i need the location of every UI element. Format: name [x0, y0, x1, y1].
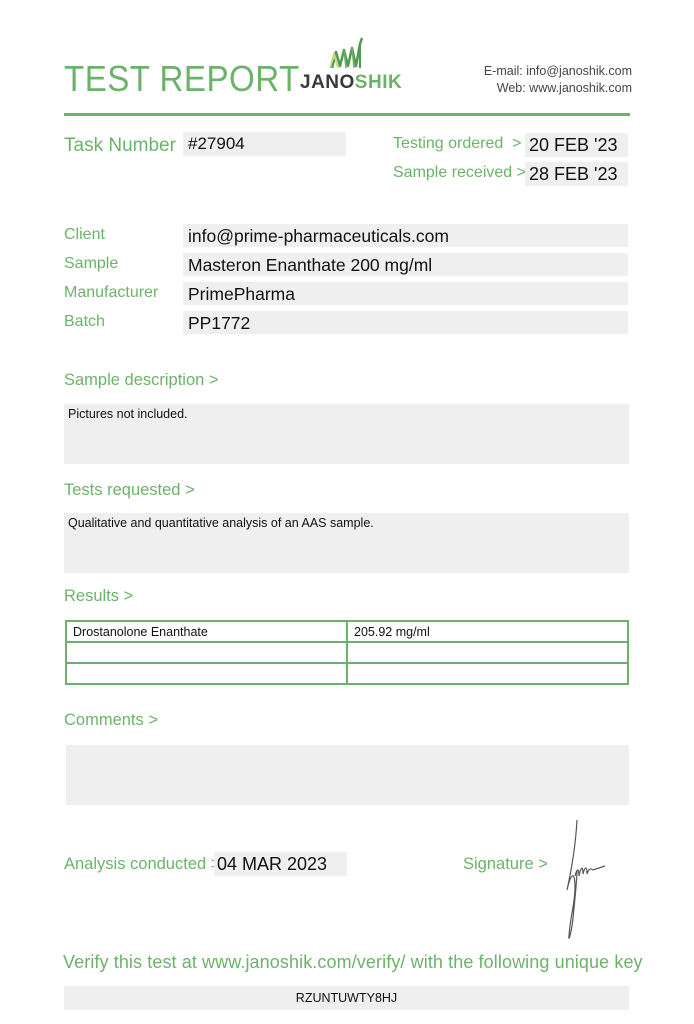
signature-label: Signature > — [463, 855, 548, 874]
batch-label: Batch — [64, 313, 105, 331]
contact-info: E-mail: info@janoshik.com Web: www.janos… — [484, 63, 632, 97]
table-row: Drostanolone Enanthate 205.92 mg/ml — [66, 621, 628, 642]
results-label: Results > — [64, 587, 133, 606]
sample-label: Sample — [64, 255, 118, 273]
sample-received-value: 28 FEB '23 — [525, 162, 628, 186]
results-amount: 205.92 mg/ml — [347, 621, 628, 642]
logo-text-light: SHIK — [355, 72, 402, 93]
sample-description-label: Sample description > — [64, 371, 219, 390]
tests-requested-label: Tests requested > — [64, 481, 195, 500]
info-row-batch: Batch PP1772 — [64, 311, 630, 335]
comments-label: Comments > — [64, 711, 158, 730]
analysis-conducted-value: 04 MAR 2023 — [214, 852, 347, 876]
janoshik-logo: JANOSHIK — [300, 36, 400, 96]
batch-value: PP1772 — [183, 311, 628, 334]
logo-wordmark: JANOSHIK — [300, 72, 402, 94]
sample-value: Masteron Enanthate 200 mg/ml — [183, 253, 628, 276]
results-compound: Drostanolone Enanthate — [66, 621, 347, 642]
info-row-client: Client info@prime-pharmaceuticals.com — [64, 224, 630, 248]
table-row — [66, 663, 628, 684]
report-title: TEST REPORT — [64, 58, 300, 100]
verification-key[interactable]: RZUNTUWTY8HJ — [64, 986, 629, 1010]
task-number-label: Task Number — [64, 135, 176, 157]
results-table: Drostanolone Enanthate 205.92 mg/ml — [65, 620, 629, 685]
comments-box — [66, 745, 629, 805]
results-compound — [66, 663, 347, 684]
tests-requested-box: Qualitative and quantitative analysis of… — [64, 513, 629, 573]
logo-text-dark: JANO — [300, 72, 355, 93]
testing-ordered-value: 20 FEB '23 — [525, 133, 628, 157]
task-number-value: #27904 — [183, 132, 346, 156]
sample-received-label: Sample received > — [393, 164, 526, 182]
results-amount — [347, 642, 628, 663]
contact-web[interactable]: Web: www.janoshik.com — [484, 80, 632, 97]
analysis-conducted-label: Analysis conducted > — [64, 855, 220, 874]
chart-growth-icon — [300, 36, 400, 72]
results-compound — [66, 642, 347, 663]
table-row — [66, 642, 628, 663]
manufacturer-label: Manufacturer — [64, 284, 158, 302]
sample-description-box: Pictures not included. — [64, 404, 629, 464]
client-label: Client — [64, 226, 105, 244]
header-divider — [64, 113, 630, 116]
signature-image — [555, 818, 615, 943]
manufacturer-value: PrimePharma — [183, 282, 628, 305]
contact-email[interactable]: E-mail: info@janoshik.com — [484, 63, 632, 80]
info-row-manufacturer: Manufacturer PrimePharma — [64, 282, 630, 306]
verify-instruction: Verify this test at www.janoshik.com/ver… — [63, 952, 643, 973]
info-row-sample: Sample Masteron Enanthate 200 mg/ml — [64, 253, 630, 277]
testing-ordered-label: Testing ordered > — [393, 135, 522, 153]
results-amount — [347, 663, 628, 684]
client-value: info@prime-pharmaceuticals.com — [183, 224, 628, 247]
